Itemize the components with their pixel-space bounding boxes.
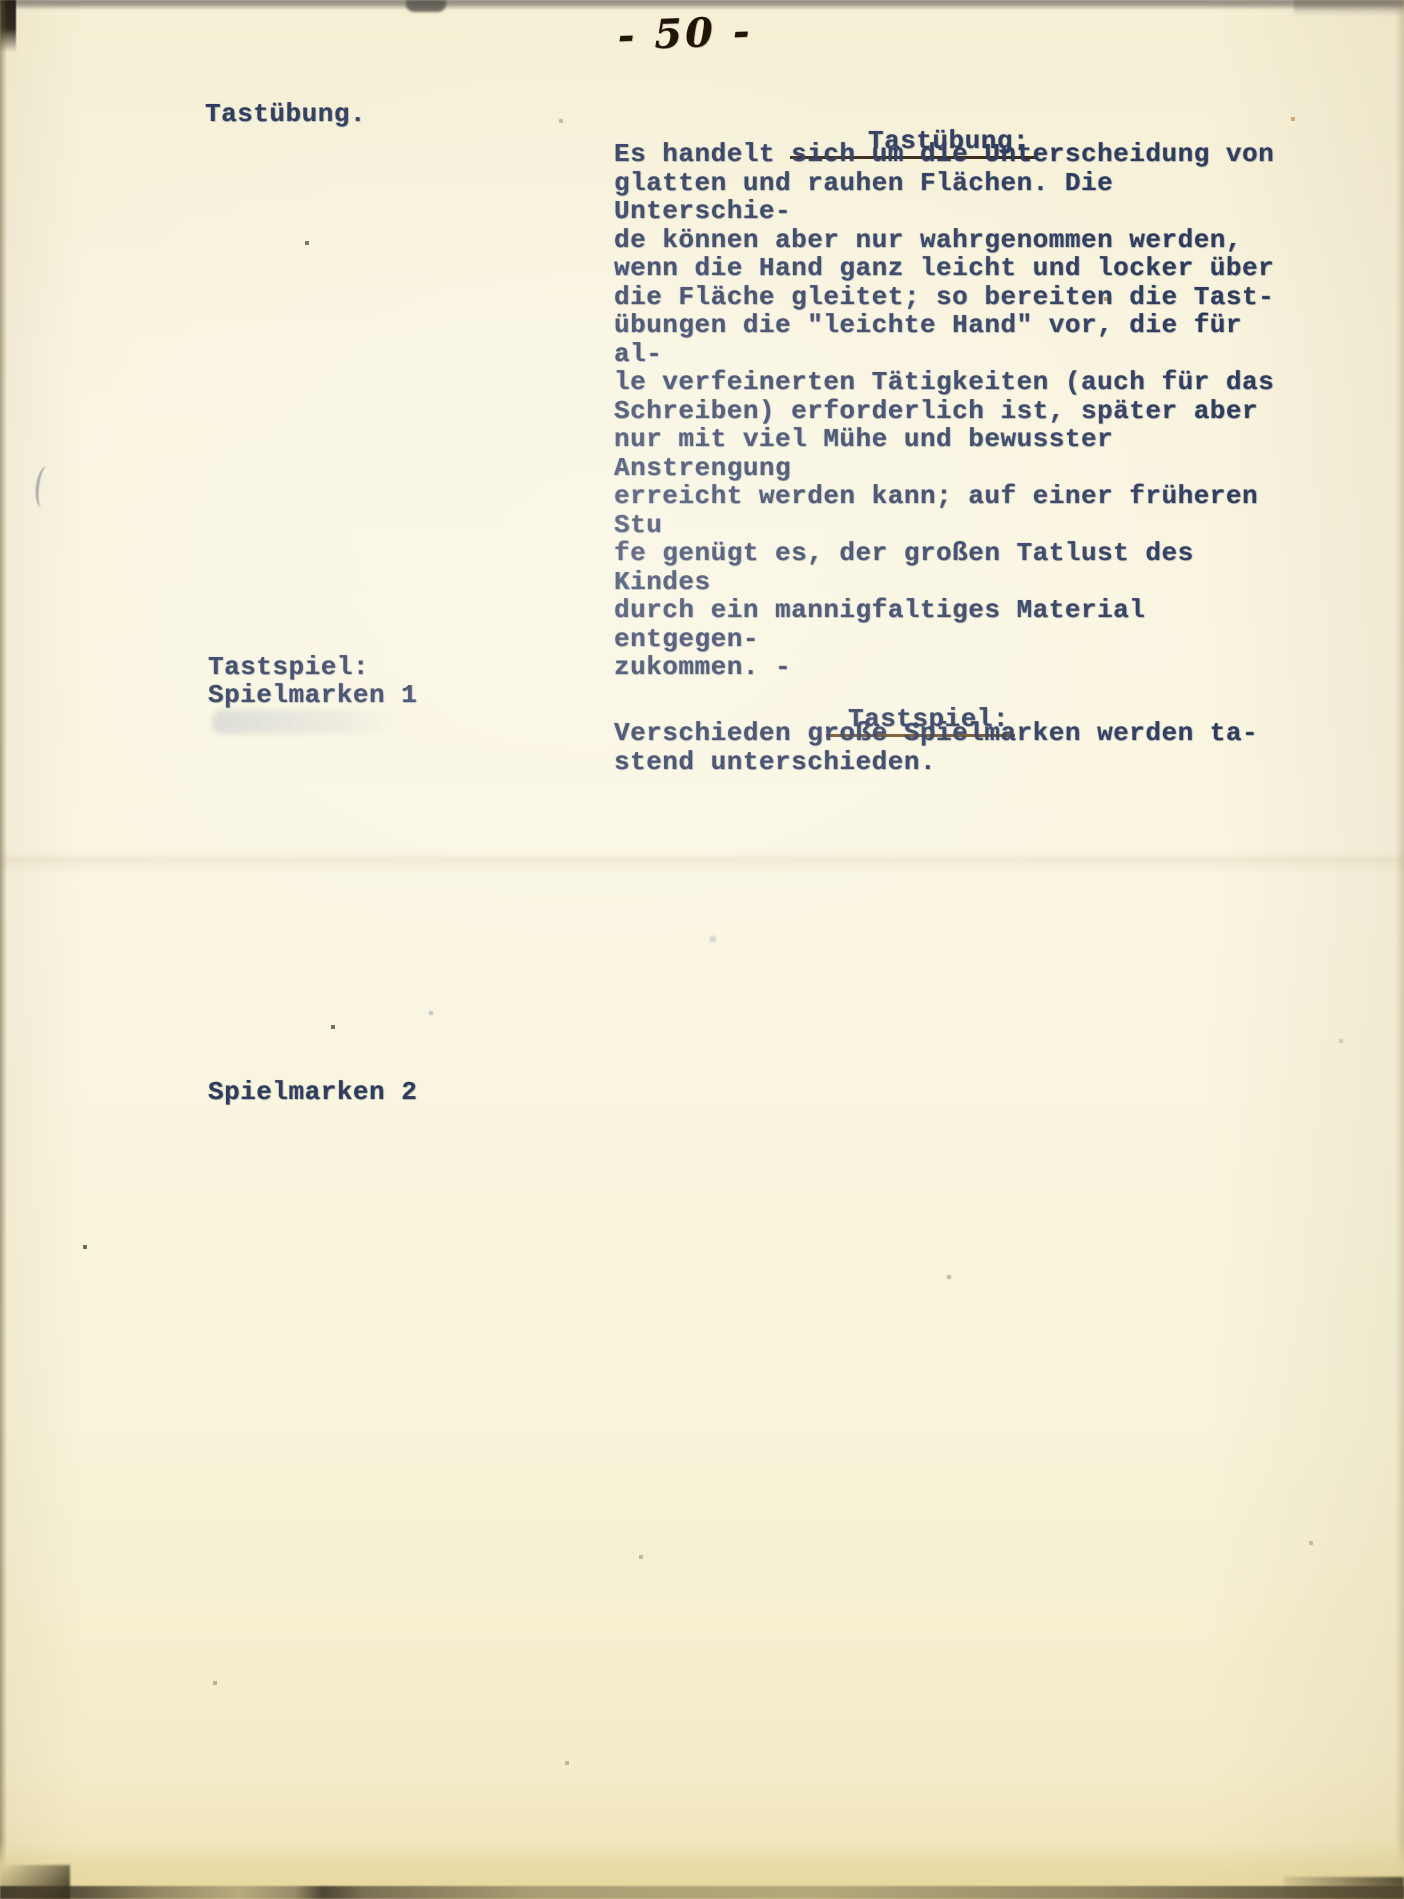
section-body-tastuebung: Es handelt sich um die Unterscheidung vo… [614,140,1294,682]
pencil-mark [34,465,56,509]
scan-edge-bottom [0,1886,1404,1899]
scanned-document-page: - 50 - Tastübung. Tastübung: Es handelt … [0,0,1404,1899]
margin-label-spielmarken-2: Spielmarken 2 [208,1078,417,1107]
margin-label-tastuebung: Tastübung. [205,100,366,129]
scan-edge-right [1395,0,1404,1899]
ink-smudge [212,710,402,734]
scan-corner-top-right [1294,0,1404,16]
scan-artifact-top [406,0,446,12]
page-number: - 50 - [599,7,771,60]
scan-corner-bottom-right [1284,1877,1404,1899]
paper-specks [0,0,2,2]
margin-label-tastspiel: Tastspiel: [208,653,369,682]
section-body-tastspiel: Verschieden große Spielmarken werden ta-… [614,719,1294,776]
margin-label-spielmarken-1: Spielmarken 1 [208,681,417,710]
scan-edge-left [0,0,7,1899]
scan-corner-bottom-left [0,1865,70,1899]
